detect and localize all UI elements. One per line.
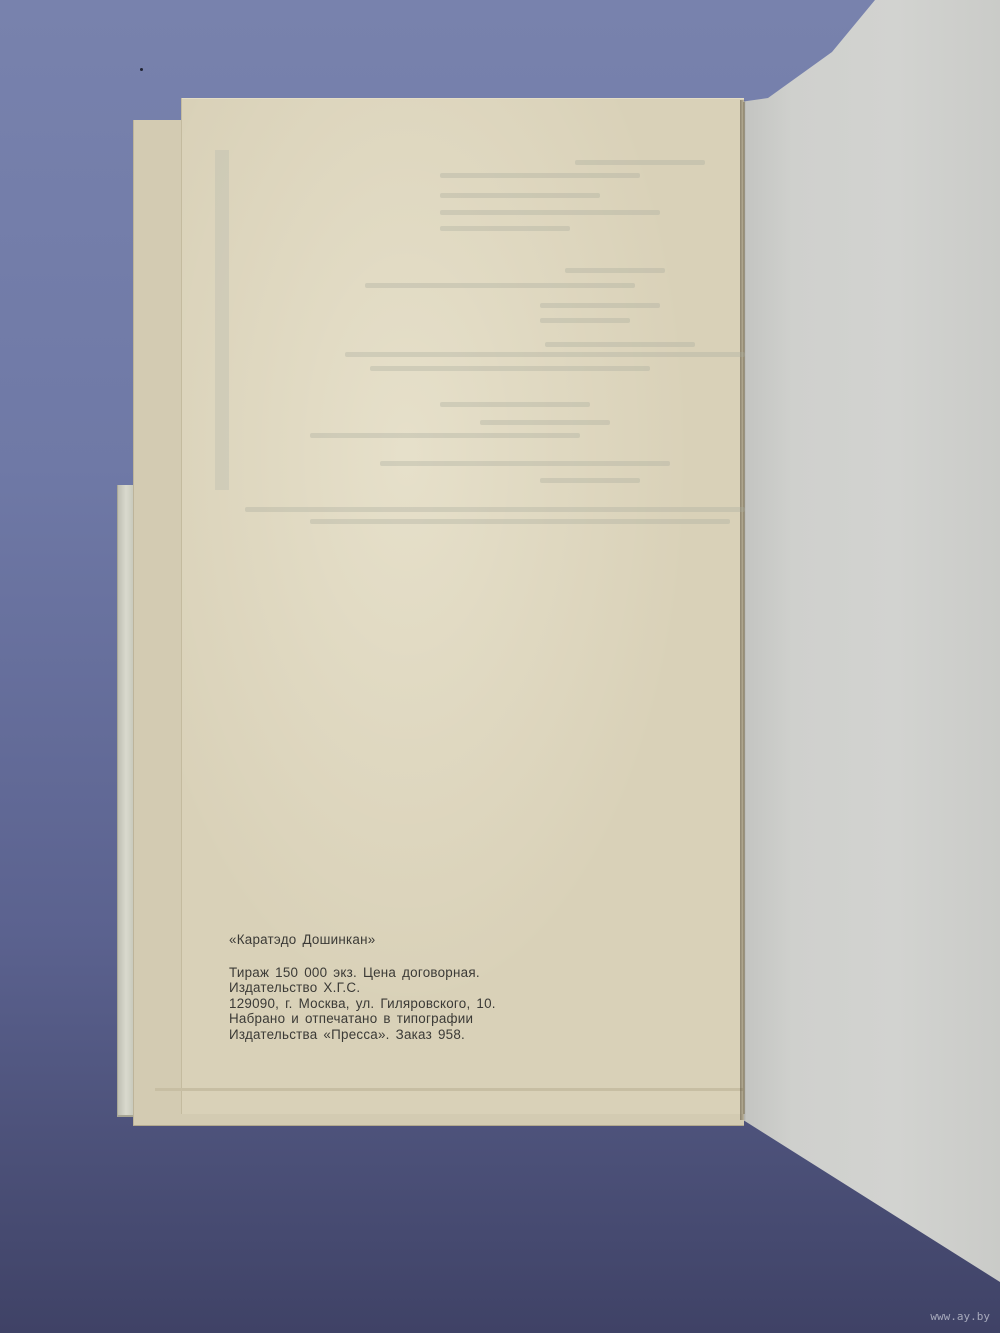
bleed-through-line [565, 268, 665, 273]
bleed-through-line [440, 173, 640, 178]
bleed-through-line [310, 433, 580, 438]
bleed-through-line [440, 402, 590, 407]
page-bottom-edge [155, 1088, 743, 1091]
bleed-through-line [345, 352, 745, 357]
bleed-through-line [545, 342, 695, 347]
dust-speck [140, 68, 143, 71]
colophon-line-publisher: Издательство Х.Г.С. [229, 980, 496, 996]
bleed-through-line [245, 507, 745, 512]
bleed-through-line [380, 461, 670, 466]
gutter-shadow [740, 100, 746, 1120]
bleed-through-line [480, 420, 610, 425]
colophon-line-print-run: Тираж 150 000 экз. Цена договорная. [229, 965, 496, 981]
colophon: «Каратэдо Дошинкан» Тираж 150 000 экз. Ц… [229, 932, 496, 1043]
colophon-line-address: 129090, г. Москва, ул. Гиляровского, 10. [229, 996, 496, 1012]
bleed-through-line [575, 160, 705, 165]
bleed-through-line [540, 318, 630, 323]
book-cover-edge [117, 485, 134, 1117]
book-title: «Каратэдо Дошинкан» [229, 932, 496, 948]
colophon-line-order: Издательства «Пресса». Заказ 958. [229, 1027, 496, 1043]
right-endpaper [740, 0, 1000, 1333]
bleed-through-line [310, 519, 730, 524]
bleed-through-line [440, 210, 660, 215]
photo-scene: «Каратэдо Дошинкан» Тираж 150 000 экз. Ц… [0, 0, 1000, 1333]
colophon-line-printing: Набрано и отпечатано в типографии [229, 1011, 496, 1027]
watermark: www.ay.by [930, 1310, 990, 1323]
bleed-through-line [540, 478, 640, 483]
bleed-through-line [540, 303, 660, 308]
bleed-through-line [440, 193, 600, 198]
bleed-through-line [365, 283, 635, 288]
bleed-through-column [215, 150, 229, 490]
bleed-through-line [440, 226, 570, 231]
bleed-through-line [370, 366, 650, 371]
